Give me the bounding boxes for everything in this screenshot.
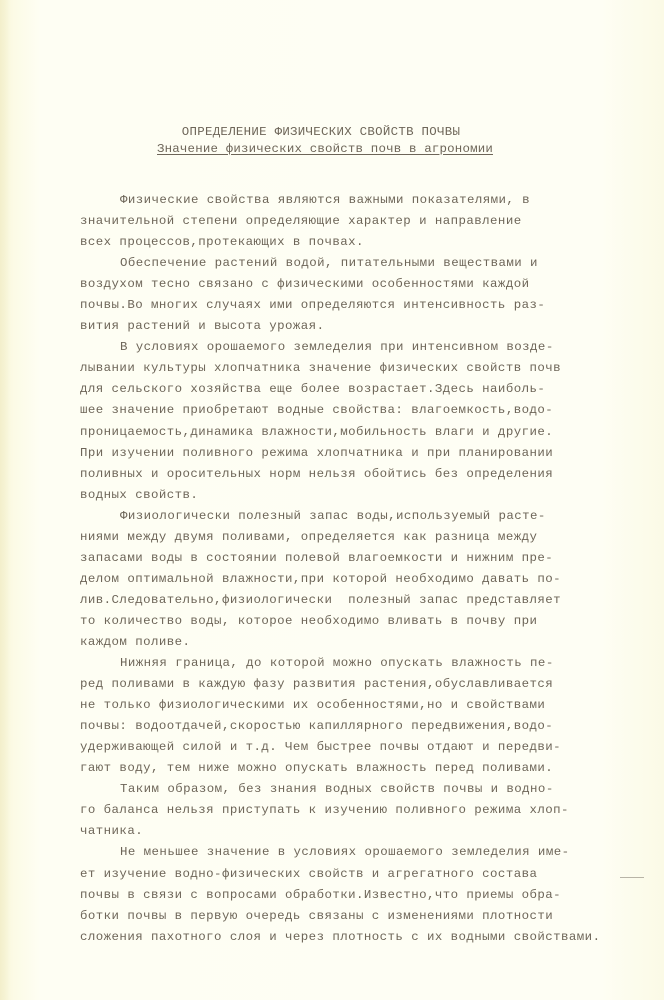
text-line: не только физиологическими их особенност… <box>80 695 640 716</box>
text-line: каждом поливе. <box>80 632 640 653</box>
text-line: то количество воды, которое необходимо в… <box>80 611 640 632</box>
text-line: всех процессов,протекающих в почвах. <box>80 232 640 253</box>
text-line: значительной степени определяющие характ… <box>80 211 640 232</box>
text-line: почвы: водоотдачей,скоростью капиллярног… <box>80 716 640 737</box>
scan-mark <box>620 877 644 878</box>
text-line: Таким образом, без знания водных свойств… <box>80 779 640 800</box>
text-line: В условиях орошаемого земледелия при инт… <box>80 337 640 358</box>
document-title: ОПРЕДЕЛЕНИЕ ФИЗИЧЕСКИХ СВОЙСТВ ПОЧВЫ <box>80 124 556 141</box>
paper-page: ОПРЕДЕЛЕНИЕ ФИЗИЧЕСКИХ СВОЙСТВ ПОЧВЫ Зна… <box>0 0 664 1000</box>
text-line: шее значение приобретают водные свойства… <box>80 400 640 421</box>
document-body: Физические свойства являются важными пок… <box>80 190 640 948</box>
paragraph: В условиях орошаемого земледелия при инт… <box>80 337 640 505</box>
text-line: для сельского хозяйства еще более возрас… <box>80 379 640 400</box>
paragraph: Обеспечение растений водой, питательными… <box>80 253 640 337</box>
paragraph: Нижняя граница, до которой можно опускат… <box>80 653 640 779</box>
text-line: лив.Следовательно,физиологически полезны… <box>80 590 640 611</box>
text-line: сложения пахотного слоя и через плотност… <box>80 927 640 948</box>
paragraph: Физиологически полезный запас воды,испол… <box>80 506 640 653</box>
text-line: лывании культуры хлопчатника значение фи… <box>80 358 640 379</box>
text-line: воздухом тесно связано с физическими осо… <box>80 274 640 295</box>
text-line: делом оптимальной влажности,при которой … <box>80 569 640 590</box>
text-line: проницаемость,динамика влажности,мобильн… <box>80 422 640 443</box>
text-line: Не меньшее значение в условиях орошаемог… <box>80 842 640 863</box>
text-line: запасами воды в состоянии полевой влагое… <box>80 548 640 569</box>
text-line: чатника. <box>80 821 640 842</box>
text-line: Физиологически полезный запас воды,испол… <box>80 506 640 527</box>
text-line: вития растений и высота урожая. <box>80 316 640 337</box>
text-line: Физические свойства являются важными пок… <box>80 190 640 211</box>
typewritten-document: ОПРЕДЕЛЕНИЕ ФИЗИЧЕСКИХ СВОЙСТВ ПОЧВЫ Зна… <box>80 124 640 948</box>
text-line: удерживающей силой и т.д. Чем быстрее по… <box>80 737 640 758</box>
page-edge-shadow <box>0 0 10 1000</box>
paragraph: Таким образом, без знания водных свойств… <box>80 779 640 842</box>
subtitle-text: Значение физических свойств почв в агрон… <box>157 142 493 156</box>
text-line: почвы в связи с вопросами обработки.Изве… <box>80 885 640 906</box>
text-line: почвы.Во многих случаях ими определяются… <box>80 295 640 316</box>
text-line: го баланса нельзя приступать к изучению … <box>80 800 640 821</box>
text-line: гают воду, тем ниже можно опускать влажн… <box>80 758 640 779</box>
text-line: поливных и оросительных норм нельзя обой… <box>80 464 640 485</box>
text-line: Нижняя граница, до которой можно опускат… <box>80 653 640 674</box>
text-line: ет изучение водно-физических свойств и а… <box>80 864 640 885</box>
paragraph: Физические свойства являются важными пок… <box>80 190 640 253</box>
text-line: ботки почвы в первую очередь связаны с и… <box>80 906 640 927</box>
paragraph: Не меньшее значение в условиях орошаемог… <box>80 842 640 947</box>
text-line: ниями между двумя поливами, определяется… <box>80 527 640 548</box>
text-line: водных свойств. <box>80 485 640 506</box>
document-subtitle: Значение физических свойств почв в агрон… <box>80 141 560 158</box>
text-line: ред поливами в каждую фазу развития раст… <box>80 674 640 695</box>
text-line: Обеспечение растений водой, питательными… <box>80 253 640 274</box>
text-line: При изучении поливного режима хлопчатник… <box>80 443 640 464</box>
